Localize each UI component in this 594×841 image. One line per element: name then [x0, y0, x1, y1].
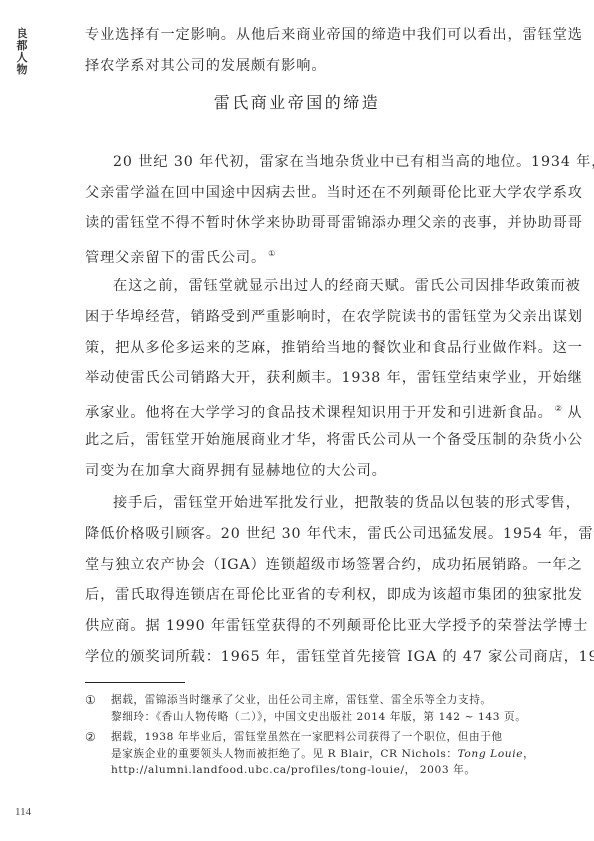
footnote-line: 是家族企业的重要领头人物而被拒绝了。见 R Blair，CR Nichols：T… — [111, 746, 545, 763]
running-header-vertical: 良 都 人 物 — [15, 28, 29, 76]
text-line: 降低价格吸引顾客。20 世纪 30 年代末，雷氏公司迅猛发展。1954 年，雷钰 — [85, 519, 545, 550]
footnotes: ① 据载，雷锦添当时继承了父业，出任公司主席，雷钰堂、雷全乐等全力支持。 黎细玲… — [85, 692, 545, 783]
text-line: 择农学系对其公司的发展颇有影响。 — [85, 51, 545, 82]
text-line: 司变为在加拿大商界拥有显赫地位的大公司。 — [85, 456, 545, 487]
text-line: 管理父亲留下的雷氏公司。① — [85, 239, 545, 274]
text-line: 在这之前，雷钰堂就显示出过人的经商天赋。雷氏公司因排华政策而被 — [85, 271, 545, 302]
section-heading: 雷氏商业帝国的缔造 — [0, 90, 594, 113]
footnote-2: ② 据载，1938 年毕业后，雷钰堂虽然在一家肥料公司获得了一个职位，但由于他 … — [85, 729, 545, 779]
cited-title: Tong Louie — [458, 748, 524, 760]
text-line: 后，雷氏取得连锁店在哥伦比亚省的专利权，即成为该超市集团的独家批发 — [85, 580, 545, 611]
footnote-number: ② — [85, 729, 96, 746]
text-line: 承家业。他将在大学学习的食品技术课程知识用于开发和引进新食品。② 从 — [85, 394, 545, 429]
footnote-text: 是家族企业的重要领头人物而被拒绝了。见 R Blair，CR Nichols： — [111, 748, 458, 760]
footnote-divider — [85, 682, 185, 683]
text-line: 堂与独立农产协会（IGA）连锁超级市场签署合约，成功拓展销路。一年之 — [85, 550, 545, 581]
text-line: 20 世纪 30 年代初，雷家在当地杂货业中已有相当高的地位。1934 年， — [85, 147, 545, 178]
footnote-ref-1[interactable]: ① — [268, 249, 275, 258]
footnote-line: 据载，1938 年毕业后，雷钰堂虽然在一家肥料公司获得了一个职位，但由于他 — [111, 729, 545, 746]
text-line: 此之后，雷钰堂开始施展商业才华，将雷氏公司从一个备受压制的杂货小公 — [85, 425, 545, 456]
text-line: 专业选择有一定影响。从他后来商业帝国的缔造中我们可以看出，雷钰堂选 — [85, 20, 545, 51]
punctuation: ， — [523, 748, 534, 760]
footnote-line: 据载，雷锦添当时继承了父业，出任公司主席，雷钰堂、雷全乐等全力支持。 — [111, 692, 545, 709]
footnote-number: ① — [85, 692, 96, 709]
text-line: 困于华埠经营，销路受到严重影响时，在农学院读书的雷钰堂为父亲出谋划 — [85, 302, 545, 333]
footnote-line: 黎细玲：《香山人物传略（二）》，中国文史出版社 2014 年版，第 142 ~ … — [111, 709, 545, 726]
side-label-char: 物 — [15, 64, 29, 76]
text-line: 策，把从多伦多运来的芝麻，推销给当地的餐饮业和食品行业做作料。这一 — [85, 333, 545, 364]
footnote-url-line[interactable]: http://alumni.landfood.ubc.ca/profiles/t… — [111, 762, 545, 779]
text-line: 父亲雷学溢在回中国途中因病去世。当时还在不列颠哥伦比亚大学农学系攻 — [85, 178, 545, 209]
text-line: 学位的颁奖词所载：1965 年，雷钰堂首先接管 IGA 的 47 家公司商店，1… — [85, 642, 545, 673]
text-line: 读的雷钰堂不得不暂时休学来协助哥哥雷锦添办理父亲的丧事，并协助哥哥 — [85, 208, 545, 239]
footnote-ref-2[interactable]: ② — [555, 404, 562, 413]
page-number: 114 — [15, 806, 31, 818]
line-text: 承家业。他将在大学学习的食品技术课程知识用于开发和引进新食品。 — [85, 405, 553, 421]
line-text: 管理父亲留下的雷氏公司。 — [85, 250, 266, 266]
line-text: 从 — [567, 405, 582, 421]
text-line: 接手后，雷钰堂开始进军批发行业，把散装的货品以包装的形式零售， — [85, 488, 545, 519]
footnote-1: ① 据载，雷锦添当时继承了父业，出任公司主席，雷钰堂、雷全乐等全力支持。 黎细玲… — [85, 692, 545, 725]
text-line: 供应商。据 1990 年雷钰堂获得的不列颠哥伦比亚大学授予的荣誉法学博士 — [85, 611, 545, 642]
text-line: 举动使雷氏公司销路大开，获利颇丰。1938 年，雷钰堂结束学业，开始继 — [85, 363, 545, 394]
